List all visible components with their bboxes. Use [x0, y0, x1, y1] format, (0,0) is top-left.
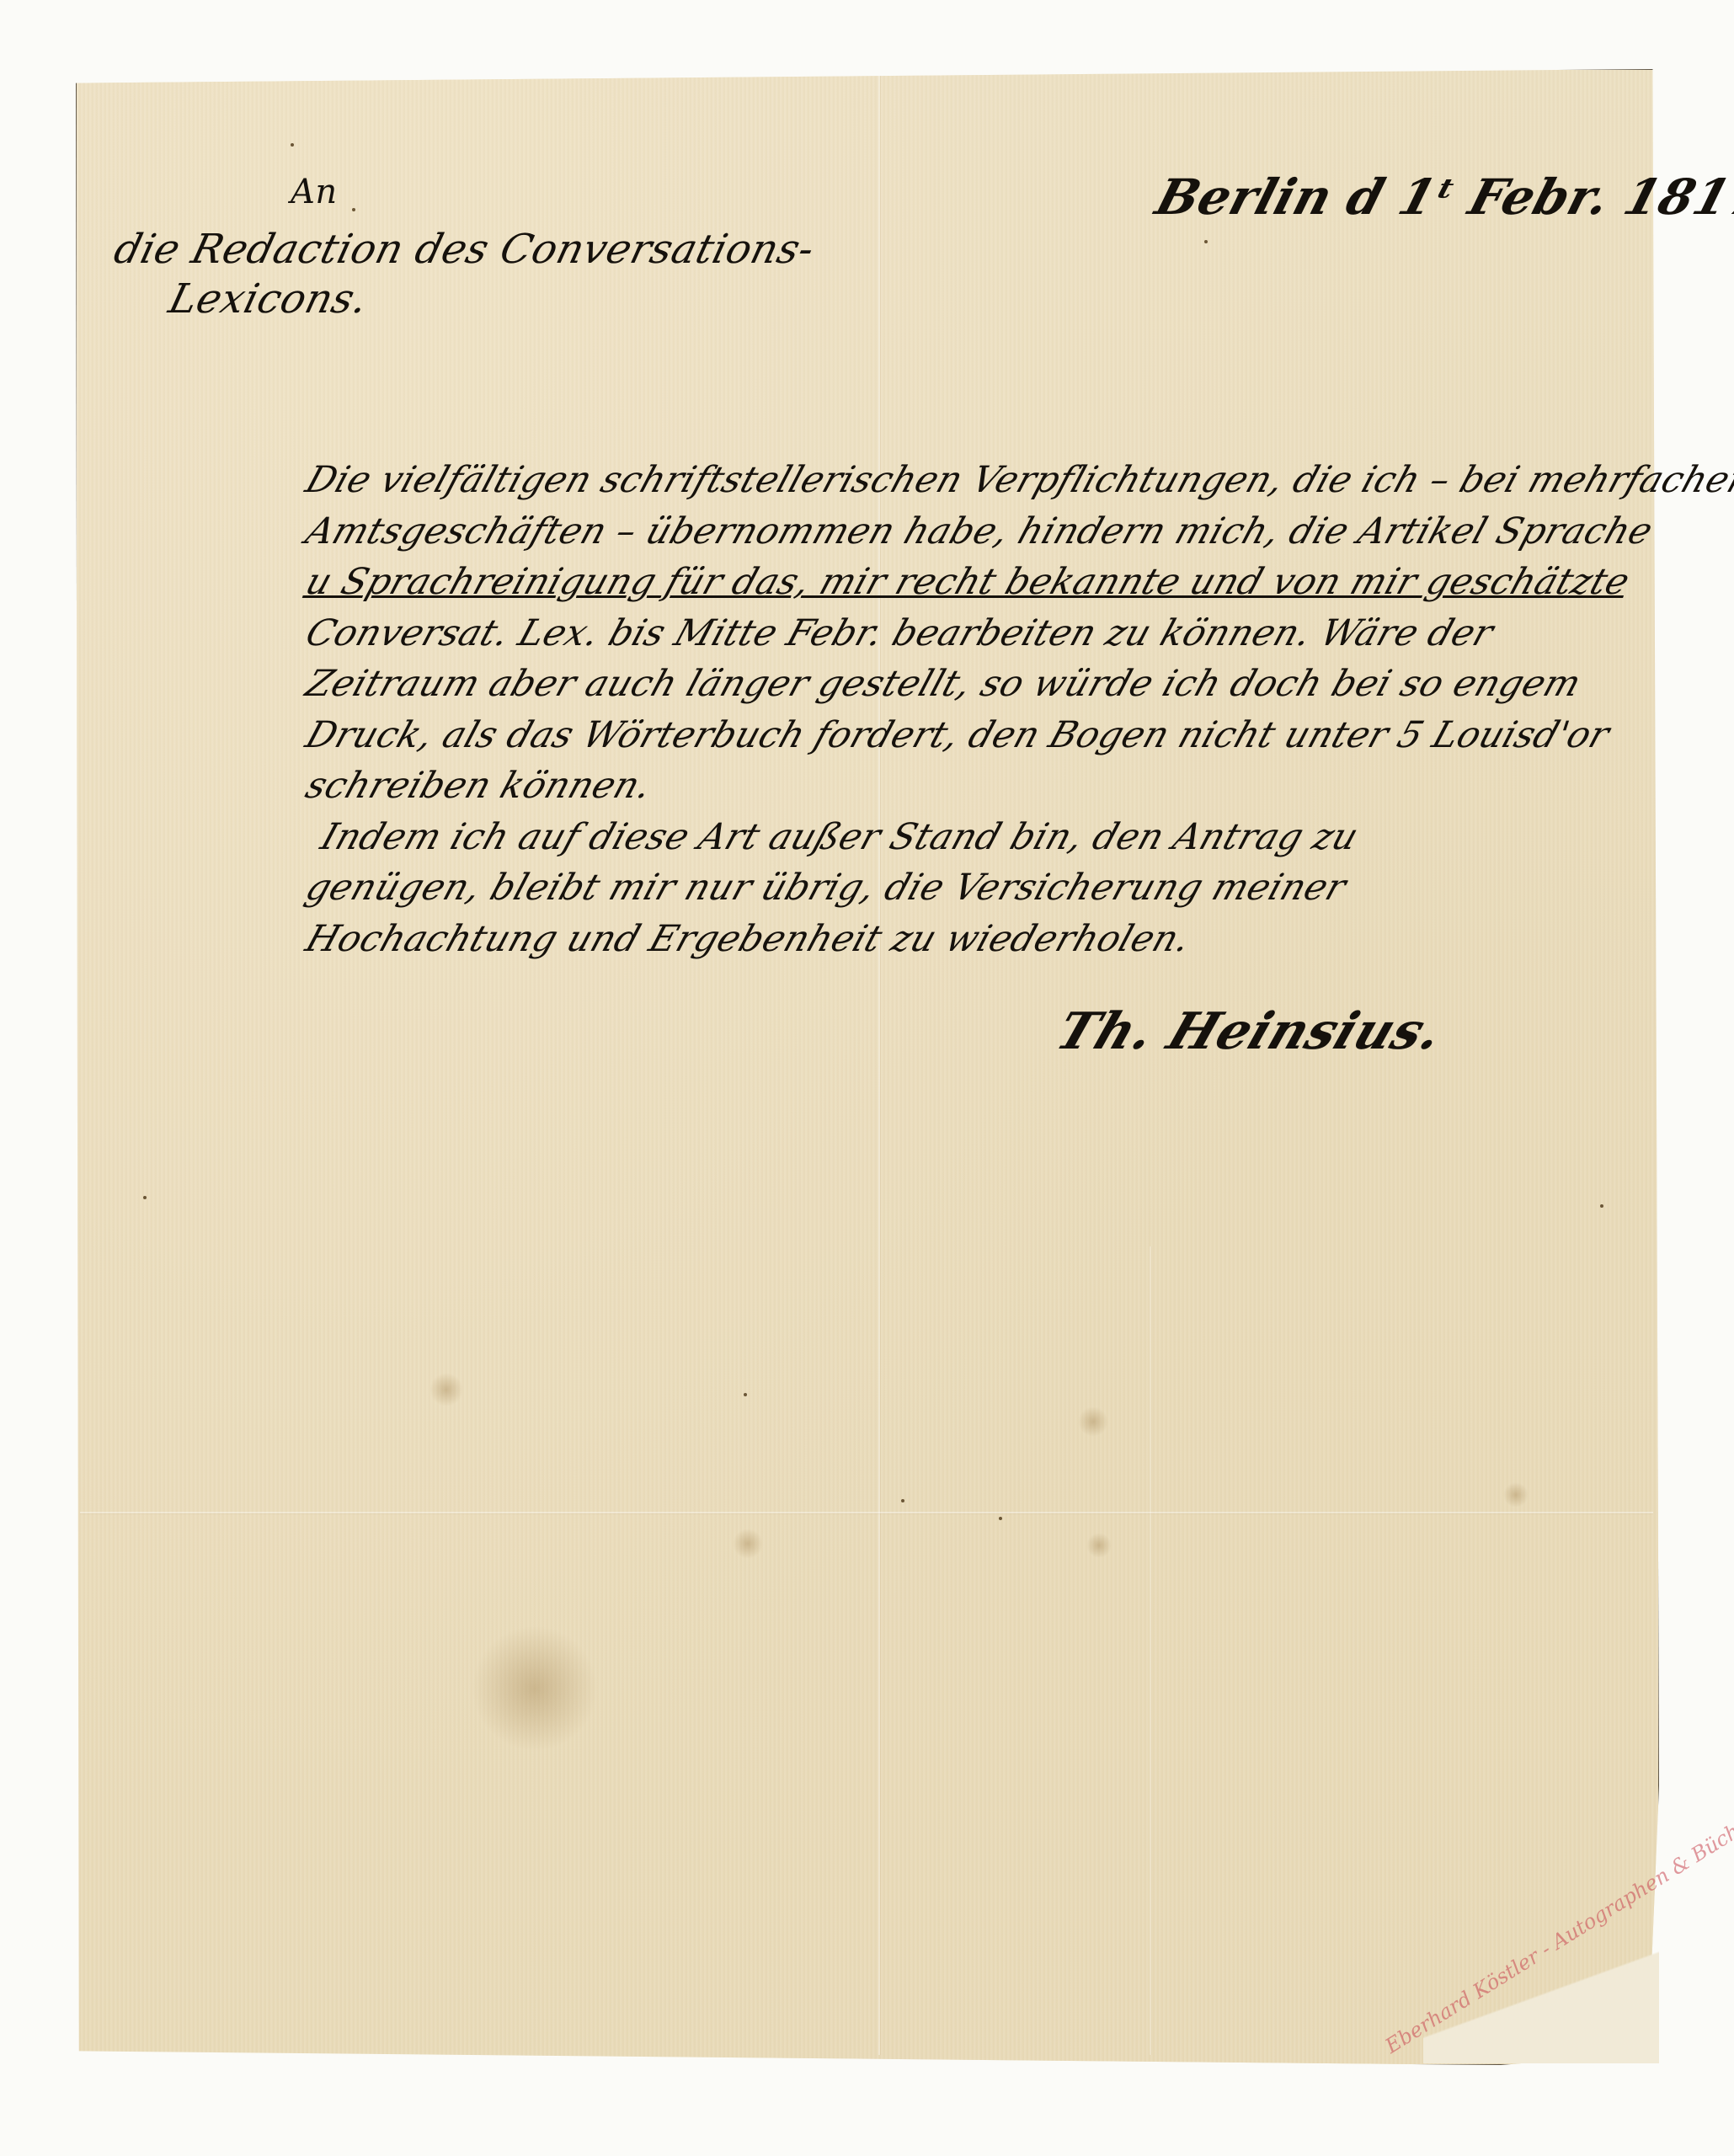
foxing-stain	[733, 1529, 763, 1559]
ink-speck	[143, 1196, 147, 1199]
ink-speck	[999, 1517, 1002, 1520]
foxing-stain	[429, 1373, 463, 1406]
body-line: Indem ich auf diese Art außer Stand bin,…	[299, 812, 1630, 863]
ink-speck	[1600, 1204, 1603, 1208]
paper-fold-line	[878, 76, 880, 2055]
signature: Th. Heinsius.	[1048, 1002, 1451, 1061]
body-line: Zeitraum aber auch länger gestellt, so w…	[299, 659, 1630, 710]
body-line: Hochachtung und Ergebenheit zu wiederhol…	[299, 914, 1630, 965]
salutation-recipient: die Redaction des Conversations-	[109, 226, 819, 273]
salutation-recipient-cont: Lexicons.	[164, 275, 373, 323]
ink-speck	[352, 208, 355, 211]
body-line: u Sprachreinigung für das, mir recht bek…	[299, 557, 1630, 608]
body-line: Die vielfältigen schriftstellerischen Ve…	[299, 455, 1630, 506]
body-line: Conversat. Lex. bis Mitte Febr. bearbeit…	[299, 608, 1630, 659]
ink-speck	[901, 1499, 904, 1502]
body-line: Druck, als das Wörterbuch fordert, den B…	[299, 710, 1630, 761]
letter-body: Die vielfältigen schriftstellerischen Ve…	[299, 455, 1613, 964]
paper-fold-line	[1150, 1246, 1151, 2055]
letter-paper	[76, 69, 1659, 2065]
salutation-to: An	[291, 173, 338, 211]
ink-speck	[1204, 240, 1208, 243]
ink-speck	[291, 143, 294, 147]
scanned-document: An die Redaction des Conversations- Lexi…	[0, 0, 1734, 2156]
foxing-stain	[472, 1625, 598, 1752]
ink-speck	[744, 1393, 747, 1396]
paper-fold-line	[80, 1512, 1653, 1513]
body-line: genügen, bleibt mir nur übrig, die Versi…	[299, 862, 1630, 914]
ink-speck	[1528, 2009, 1531, 2012]
foxing-stain	[1086, 1533, 1112, 1558]
body-line: schreiben können.	[299, 760, 1630, 812]
letter-date: Berlin d 1ᵗ Febr. 1817.	[1150, 168, 1734, 226]
body-line: Amtsgeschäften – übernommen habe, hinder…	[299, 506, 1630, 558]
foxing-stain	[1078, 1406, 1108, 1437]
foxing-stain	[1503, 1482, 1529, 1508]
